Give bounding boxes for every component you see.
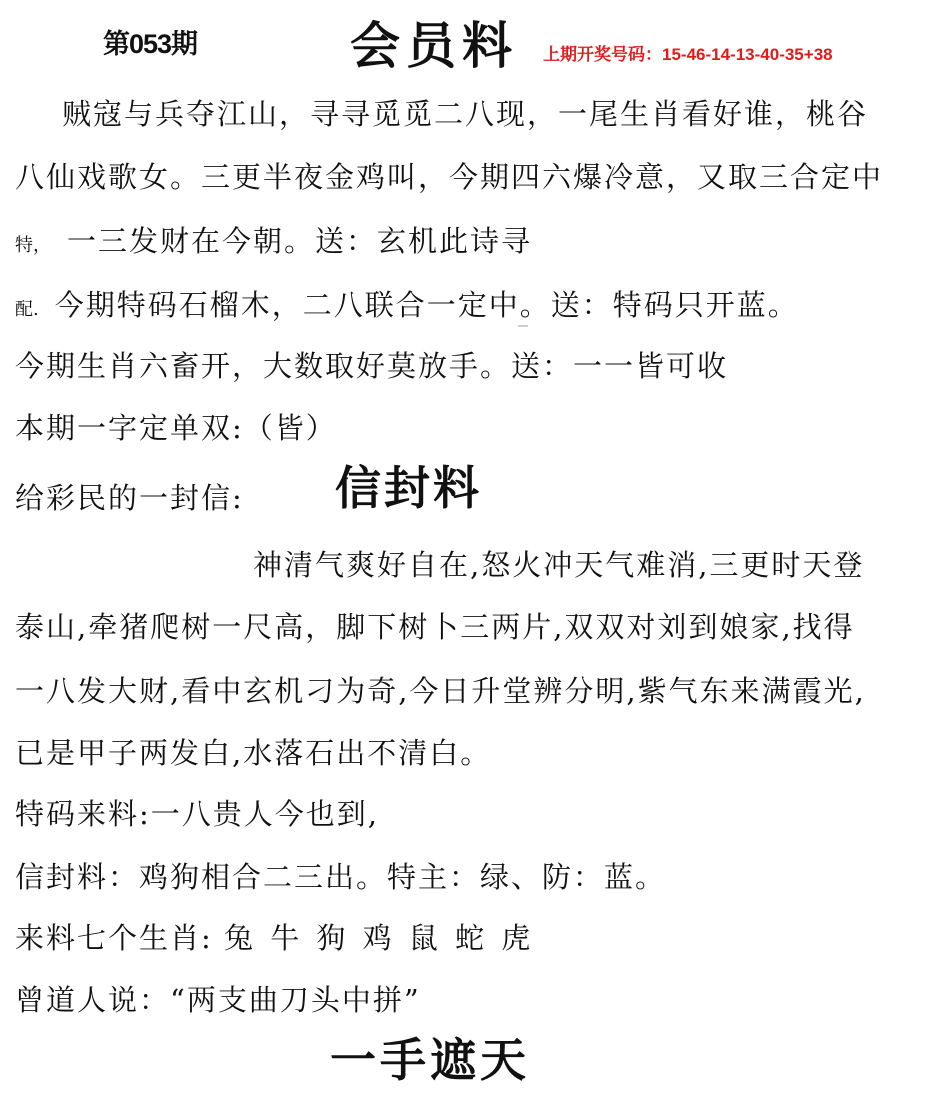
envelope-section-title: 信封料 [335, 452, 482, 518]
last-draw-numbers: 15-46-14-13-40-35+38 [662, 45, 833, 64]
taoist-saying-line: 曾道人说：“两支曲刀头中拼” [15, 978, 421, 1019]
member-poem-line-3: 特，一三发财在今朝。送：玄机此诗寻 [15, 219, 532, 260]
odd-even-line: 本期一字定单双:（皆） [15, 406, 337, 447]
footer-title: 一手遮天 [330, 1024, 530, 1090]
scan-artifact [518, 325, 528, 327]
envelope-poem-line-4: 已是甲子两发白,水落石出不清白。 [15, 731, 491, 772]
envelope-poem-line-1: 神清气爽好自在,怒火冲天气难消,三更时天登 [253, 543, 864, 584]
member-poem-line-2: 八仙戏歌女。三更半夜金鸡叫，今期四六爆冷意，又取三合定中 [15, 155, 883, 196]
envelope-poem-line-3: 一八发大财,看中玄机刁为奇,今日升堂辨分明,紫气东来满霞光, [15, 669, 866, 710]
last-draw-results: 上期开奖号码：15-46-14-13-40-35+38 [543, 40, 833, 65]
line-prefix-pei: 配. [15, 299, 39, 320]
issue-number: 第053期 [103, 22, 197, 61]
seven-zodiacs-line: 来料七个生肖: 兔 牛 狗 鸡 鼠 蛇 虎 [15, 916, 534, 957]
envelope-poem-line-2: 泰山,牵猪爬树一尺高，脚下树卜三两片,双双对刘到娘家,找得 [15, 605, 855, 646]
last-draw-label: 上期开奖号码： [543, 45, 662, 64]
page-title: 会员料 [350, 6, 518, 78]
envelope-line: 信封料：鸡狗相合二三出。特主：绿、防：蓝。 [15, 855, 666, 896]
member-poem-line-4: 配.今期特码石榴木，二八联合一定中。送：特码只开蓝。 [15, 283, 799, 324]
line-prefix-te: 特， [15, 235, 51, 256]
special-code-line: 特码来料:一八贵人今也到, [15, 792, 379, 833]
member-poem-line-4-text: 今期特码石榴木，二八联合一定中。送：特码只开蓝。 [55, 288, 799, 322]
letter-label: 给彩民的一封信: [15, 476, 244, 517]
seven-zodiacs-values: 兔 牛 狗 鸡 鼠 蛇 虎 [224, 921, 534, 955]
member-poem-line-3-text: 一三发财在今朝。送：玄机此诗寻 [67, 224, 532, 258]
member-poem-line-1: 贼寇与兵夺江山，寻寻觅觅二八现，一尾生肖看好谁，桃谷 [62, 92, 868, 133]
zodiac-line: 今期生肖六畜开，大数取好莫放手。送：一一皆可收 [15, 344, 728, 385]
seven-zodiacs-label: 来料七个生肖: [15, 921, 213, 955]
